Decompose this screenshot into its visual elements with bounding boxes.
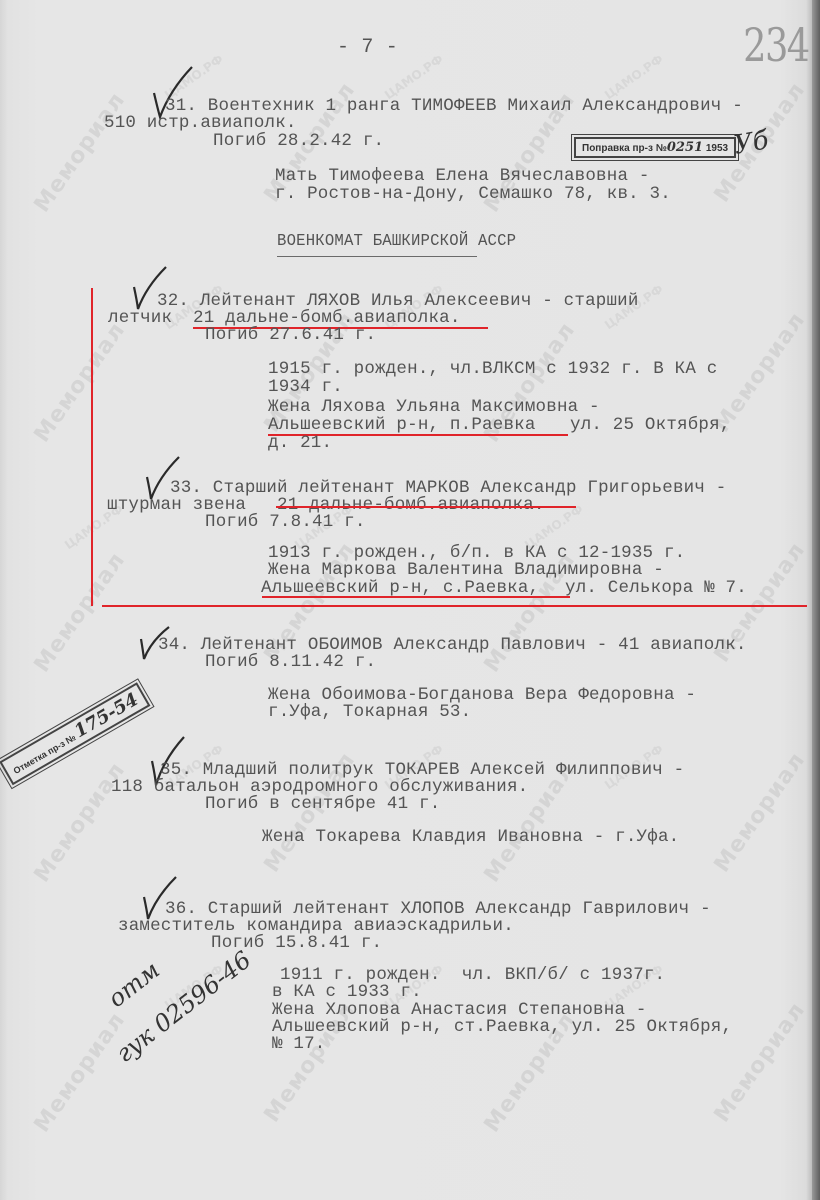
entry-34-died: Погиб 8.11.42 г.: [205, 652, 376, 672]
entry-32-house: д. 21.: [268, 433, 332, 453]
page-number: - 7 -: [337, 36, 398, 59]
entry-33-address: Альшеевский р-н, с.Раевка,: [261, 578, 539, 598]
entry-33-street: ул. Селькора № 7.: [565, 578, 747, 598]
entry-34-detail2: г.Уфа, Токарная 53.: [268, 702, 471, 722]
entry-32-role: летчик: [108, 308, 172, 328]
entry-32-detail1: 1915 г. рожден., чл.ВЛКСМ с 1932 г. В КА…: [268, 359, 717, 379]
entry-35-died: Погиб в сентябре 41 г.: [205, 794, 440, 814]
entry-31-line2: 510 истр.авиаполк.: [104, 113, 297, 133]
entry-36-detail2: в КА с 1933 г.: [272, 982, 422, 1002]
entry-33-died: Погиб 7.8.41 г.: [205, 512, 366, 532]
page-edge: [812, 0, 820, 1200]
entry-31-detail1: Мать Тимофеева Елена Вячеславовна -: [275, 166, 650, 186]
stamp-number: 0251: [667, 140, 703, 155]
red-underline: [262, 596, 570, 598]
handwritten-note-line2: гук 02596-46: [111, 946, 257, 1068]
entry-35-detail1: Жена Токарева Клавдия Ивановна - г.Уфа.: [262, 827, 679, 847]
entry-32-detail2: 1934 г.: [268, 377, 343, 397]
entry-31-died: Погиб 28.2.42 г.: [213, 131, 384, 151]
red-margin-line: [91, 288, 93, 606]
entry-32-street: ул. 25 Октября,: [570, 415, 731, 435]
stamp-year: 1953: [706, 143, 728, 154]
entry-32-died: Погиб 27.6.41 г.: [205, 325, 376, 345]
correction-stamp: Поправка пр-з №0251 1953: [574, 137, 736, 158]
watermark: Мемориал: [30, 318, 131, 447]
entry-32-detail3: Жена Ляхова Ульяна Максимовна -: [268, 397, 600, 417]
watermark: Мемориал: [710, 748, 811, 877]
archive-sheet-number: 234: [743, 18, 808, 72]
stamp-label: Поправка пр-з №: [582, 143, 667, 154]
handwritten-note-line1: отм: [103, 956, 165, 1013]
watermark-small: ЦАМО.РФ: [602, 52, 666, 102]
entry-33-detail2: Жена Маркова Валентина Владимировна -: [268, 560, 664, 580]
entry-32-address: Альшеевский р-н, п.Раевка: [268, 415, 536, 435]
watermark-small: ЦАМО.РФ: [382, 52, 446, 102]
entry-31-detail2: г. Ростов-на-Дону, Семашко 78, кв. 3.: [275, 184, 671, 204]
scanned-page: Мемориал Мемориал Мемориал Мемориал Мемо…: [0, 0, 812, 1200]
entry-36-detail5: № 17.: [272, 1034, 326, 1054]
watermark: Мемориал: [30, 548, 131, 677]
stamp-initials: Уб: [732, 125, 771, 161]
stamp-number: 175-54: [71, 689, 142, 742]
red-underline: [276, 506, 576, 508]
stamp-label: Отметка пр-з №: [12, 732, 78, 776]
watermark: Мемориал: [30, 88, 131, 217]
note-stamp: Отметка пр-з № 175-54: [0, 682, 150, 785]
heading-underline: [277, 256, 477, 257]
watermark: Мемориал: [30, 1008, 131, 1137]
section-heading: ВОЕНКОМАТ БАШКИРСКОЙ АССР: [277, 232, 516, 251]
entry-36-detail4: Альшеевский р-н, ст.Раевка, ул. 25 Октяб…: [272, 1017, 732, 1037]
red-bottom-line: [102, 605, 807, 607]
